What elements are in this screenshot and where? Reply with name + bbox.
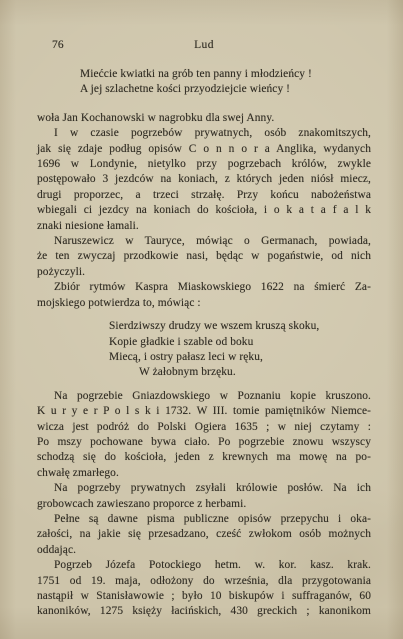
text-line: Pełne są dawne pisma publiczne opisów pr… (37, 512, 371, 527)
text-line: pożyczyli. (37, 265, 371, 280)
text-line: 1751 od 19. maja, odłożony do września, … (37, 574, 371, 589)
paragraph: Pełne są dawne pisma publiczne opisów pr… (37, 512, 371, 558)
paragraph: Pogrzeb Józefa Potockiego hetm. w. kor. … (37, 558, 371, 620)
text-line: jak się zdaje podług opisów C o n n o r … (37, 142, 371, 157)
text-line: mojskiego potwierdza to, mówiąc : (37, 296, 371, 311)
paragraph: woła Jan Kochanowski w nagrobku dla swej… (37, 111, 371, 126)
text-line: K u r y e r P o l s k i 1732. W III. tom… (37, 404, 371, 419)
paragraph: Na pogrzebie Gniazdowskiego w Poznaniu k… (37, 389, 371, 481)
text-line: I w czasie pogrzebów prywatnych, osób zn… (37, 126, 371, 141)
text-line: Zbiór rytmów Kaspra Miaskowskiego 1622 n… (37, 280, 371, 295)
text-line: chwałę zmarłego. (37, 466, 371, 481)
scanned-book-page: 76 Lud Miećcie kwiatki na grób ten panny… (0, 0, 403, 639)
text-line: oddając. (37, 543, 371, 558)
text-line: Miecą, i ostry pałasz leci w ręku, (109, 350, 371, 365)
text-line: Na pogrzeby prywatnych zsyłali królowie … (37, 481, 371, 496)
text-line: nastąpił w Stanisławowie ; było 10 bisku… (37, 589, 371, 604)
paragraph: I w czasie pogrzebów prywatnych, osób zn… (37, 126, 371, 234)
running-title: Lud (37, 38, 371, 53)
text-line: że ten zwyczaj przodkowie nasi, będąc w … (37, 249, 371, 264)
text-line: Naruszewicz w Tauryce, mówiąc o Germanac… (37, 234, 371, 249)
paragraph: Na pogrzeby prywatnych zsyłali królowie … (37, 481, 371, 512)
page-header: 76 Lud (37, 38, 371, 54)
text-line: Pogrzeb Józefa Potockiego hetm. w. kor. … (37, 558, 371, 573)
text-line: schodzą się do kościoła, jeden z krewnyc… (37, 450, 371, 465)
text-line: postępowało 3 jezdców na koniach, z któr… (37, 172, 371, 187)
text-column: 76 Lud Miećcie kwiatki na grób ten panny… (37, 38, 371, 620)
text-line: Sierdziwszy drudzy we wszem kruszą skoku… (109, 319, 371, 334)
paragraph: Zbiór rytmów Kaspra Miaskowskiego 1622 n… (37, 280, 371, 311)
text-line: wbiegali ci jezdcy na koniach do kościoł… (37, 203, 371, 218)
verse-block: Miećcie kwiatki na grób ten panny i młod… (80, 67, 371, 98)
text-line: grobowcach zawieszano proporce z herbami… (37, 497, 371, 512)
text-line: woła Jan Kochanowski w nagrobku dla swej… (37, 111, 371, 126)
text-line: 1696 w Londynie, nietylko przy pogrzebac… (37, 157, 371, 172)
paragraph: Naruszewicz w Tauryce, mówiąc o Germanac… (37, 234, 371, 280)
text-line: drugi proporzec, a trzeci strzałę. Przy … (37, 188, 371, 203)
text-line: znaki niesione łamali. (37, 219, 371, 234)
text-line: A jej szlachetne kości przyodziejcie wie… (80, 82, 371, 97)
text-line: Po mszy pochowane bywa ciało. Po pogrzeb… (37, 435, 371, 450)
text-line: załości, na jakie się przesadzano, cześć… (37, 527, 371, 542)
text-line: W żałobnym brzęku. (139, 365, 371, 380)
text-line: Miećcie kwiatki na grób ten panny i młod… (80, 67, 371, 82)
text-line: Kopie gładkie i szable od boku (109, 335, 371, 350)
text-line: kanoników, 1275 księży łacińskich, 430 g… (37, 604, 371, 619)
verse-block: Sierdziwszy drudzy we wszem kruszą skoku… (109, 319, 371, 381)
text-line: wicza jest podróż do Polski Ogiera 1635 … (37, 420, 371, 435)
text-line: Na pogrzebie Gniazdowskiego w Poznaniu k… (37, 389, 371, 404)
